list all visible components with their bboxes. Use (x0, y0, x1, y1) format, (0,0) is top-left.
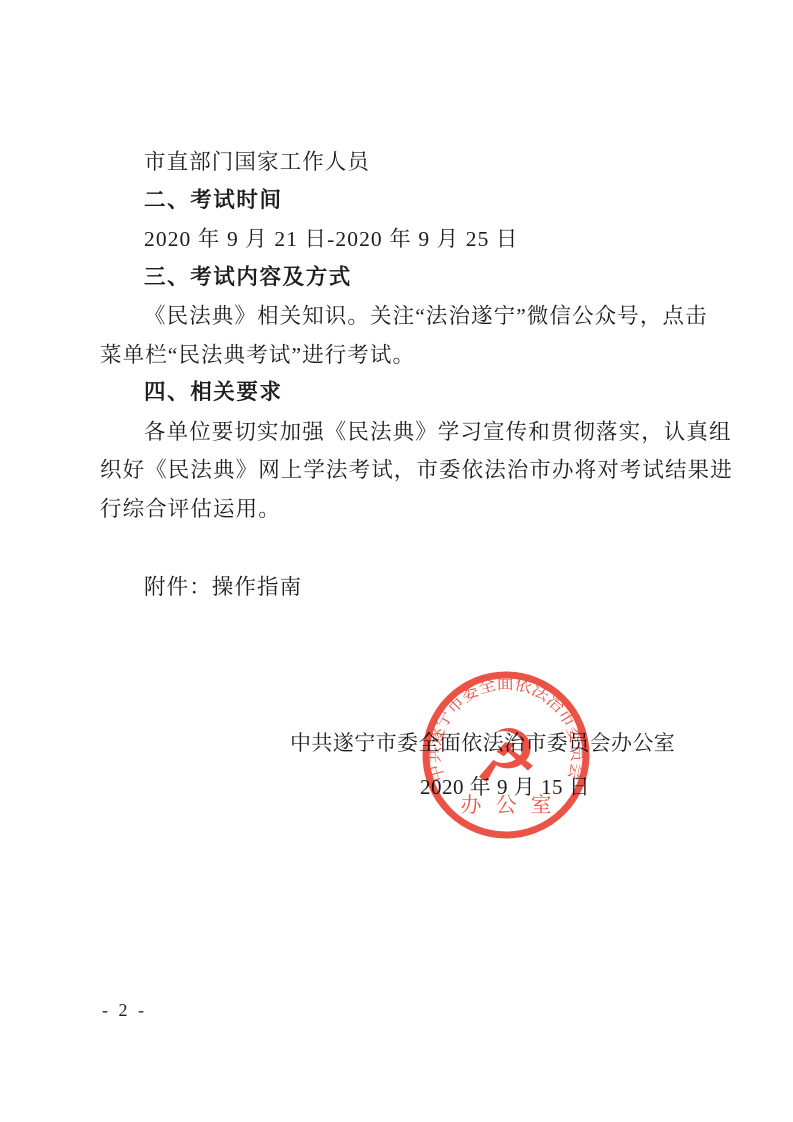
document-line: 织好《民法典》网上学法考试，市委依法治市办将对考试结果进 (100, 451, 737, 490)
document-line: 菜单栏“民法典考试”进行考试。 (100, 336, 737, 375)
document-body: 市直部门国家工作人员 二、考试时间 2020 年 9 月 21 日-2020 年… (100, 143, 737, 607)
signature-date: 2020 年 9 月 15 日 (420, 768, 590, 806)
document-line: 市直部门国家工作人员 (100, 143, 737, 182)
section-heading-3: 三、考试内容及方式 (100, 259, 737, 298)
attachment-line: 附件：操作指南 (100, 568, 737, 607)
exam-date-line: 2020 年 9 月 21 日-2020 年 9 月 25 日 (100, 220, 737, 259)
section-heading-2: 二、考试时间 (100, 182, 737, 221)
page-number: - 2 - (102, 1000, 147, 1021)
document-page: 市直部门国家工作人员 二、考试时间 2020 年 9 月 21 日-2020 年… (0, 0, 793, 1122)
document-line: 《民法典》相关知识。关注“法治遂宁”微信公众号，点击 (100, 297, 737, 336)
signature-organization: 中共遂宁市委全面依法治市委员会办公室 (290, 724, 675, 762)
section-heading-4: 四、相关要求 (100, 374, 737, 413)
document-line: 各单位要切实加强《民法典》学习宣传和贯彻落实，认真组 (100, 413, 737, 452)
document-line: 行综合评估运用。 (100, 490, 737, 529)
